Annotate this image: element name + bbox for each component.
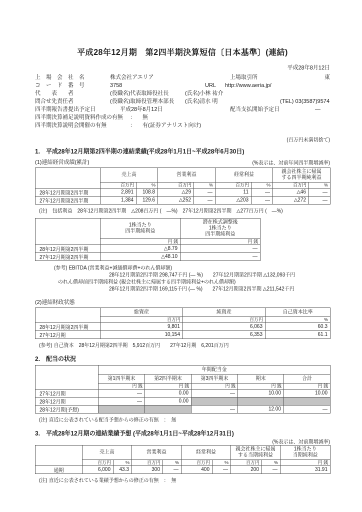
column-header: 1株当たり 当期純利益	[280, 445, 330, 460]
column-header: 経常利益	[181, 445, 231, 460]
report-date: 平成28年8月12日	[35, 64, 330, 72]
cell	[238, 397, 284, 405]
code-value: 3758	[110, 82, 205, 90]
cell: ―	[163, 466, 182, 474]
code-label: コ ー ド 番 号	[35, 82, 110, 90]
table-row: 28年12月期(予想) ― 12.00 ―	[35, 405, 330, 413]
sub1-pct-note: (%表示は、対前年同四半期増減率)	[252, 159, 330, 167]
stub-cell	[35, 218, 100, 245]
table-row: 27年12月期第2四半期 1,384 129.6 △252 ― △203 ― △…	[35, 196, 330, 204]
row-label: 通期	[35, 466, 82, 474]
cell: ―	[262, 466, 281, 474]
company-header-block: 上 場 会 社 名 株式会社アエリア 上場取引所 東 コ ー ド 番 号 375…	[35, 74, 330, 130]
table-header-row: 売上高 営業利益 経常利益 親会社株主に帰属 する当期純利益 1株当たり 当期純…	[35, 445, 330, 460]
supplement-separator: ：	[130, 114, 143, 122]
representative-label: 代 表 者	[35, 90, 110, 98]
row-label: 28年12月期(予想)	[35, 405, 98, 413]
annual-dividend-header: 年間配当金	[98, 365, 330, 374]
cell: ―	[309, 188, 331, 196]
cell: ―	[98, 397, 145, 405]
cell: ―	[98, 389, 145, 397]
cell: 0.00	[145, 389, 192, 397]
column-header: 合計	[284, 374, 331, 383]
column-header: 期末	[238, 374, 284, 383]
cell: ―	[194, 196, 216, 204]
supplement-label: 四半期決算補足説明資料作成の有無	[35, 114, 130, 122]
contact-name: (氏名)清水 明	[185, 98, 280, 106]
contact-title: (役職名)取締役管理本部長	[110, 98, 185, 106]
table-row: 27年12月期 ― 0.00 ― 10.00 10.00	[35, 389, 330, 397]
header-row-company: 上 場 会 社 名 株式会社アエリア 上場取引所 東	[35, 74, 330, 82]
column-header: 1株当たり 四半期純利益	[100, 218, 180, 239]
stub-cell	[35, 445, 82, 466]
cell: 11	[215, 188, 251, 196]
comprehensive-income-note: (注) 包括利益 28年12月期第2四半期 △208百万円 ( ―%) 27年1…	[39, 207, 330, 215]
column-header: 第2四半期末	[145, 374, 192, 383]
url-label: URL	[205, 82, 225, 90]
section1-heading: 1. 平成28年12月期第2四半期の連結業績(平成28年1月1日~平成28年6月…	[35, 147, 330, 156]
representative-name: (氏名)小林 祐介	[185, 90, 330, 98]
table-row: 28年12月期第2四半期 △8.79 ―	[35, 245, 260, 253]
table-row: 28年12月期第2四半期 2,891 108.8 △29 ― 11 ― △46 …	[35, 188, 330, 196]
exchange-value: 東	[325, 74, 331, 82]
equity-reference-note: (参考) 自己資本 28年12月期第2四半期 5,912百万円 27年12月期 …	[39, 341, 330, 349]
column-header: 売上高	[100, 168, 158, 183]
per-share-table: 1株当たり 四半期純利益 潜在株式調整後 1株当たり 四半期純利益 円 銭 円 …	[35, 218, 261, 261]
page-content: 平成28年12月期 第2四半期決算短信〔日本基準〕(連結) 平成28年8月12日…	[0, 0, 362, 484]
earnings-report-page: 平成28年12月期 第2四半期決算短信〔日本基準〕(連結) 平成28年8月12日…	[0, 0, 362, 512]
column-header: 純資産	[183, 308, 266, 317]
row-label: 27年12月期第2四半期	[35, 253, 100, 261]
table-row: 27年12月期第2四半期 △48.10 ―	[35, 253, 260, 261]
supplement-value: 無	[143, 114, 331, 122]
cell: 200	[231, 466, 262, 474]
cell: 10,154	[100, 331, 183, 339]
filing-label: 四半期報告書提出予定日	[35, 106, 120, 114]
table-header-row: 年間配当金	[35, 365, 330, 374]
header-row-supplement: 四半期決算補足説明資料作成の有無 ： 無	[35, 114, 330, 122]
cell: 61.1	[265, 331, 330, 339]
cell: ―	[251, 188, 273, 196]
column-header: 潜在株式調整後 1株当たり 四半期純利益	[180, 218, 260, 239]
ebitda-line2: 28年12月期第2四半期 298,747千円 (― %) 27年12月期第2四半…	[35, 272, 330, 279]
cell: 43.3	[113, 466, 132, 474]
header-row-briefing: 四半期決算説明会開催の有無 ： 有(証券アナリスト向け)	[35, 122, 330, 130]
cell: 10.00	[284, 389, 331, 397]
cell: ―	[194, 188, 216, 196]
table-header-row: 売上高 営業利益 経常利益 親会社株主に帰属 する四半期純利益	[35, 168, 330, 183]
dividend-forecast-note: (注) 直近に公表されている配当予想からの修正の有無 ： 無	[39, 416, 330, 424]
cell: △48.10	[100, 253, 180, 261]
cell: △29	[158, 188, 194, 196]
cell: ―	[309, 196, 331, 204]
column-header: 総資産	[100, 308, 183, 317]
cell	[98, 405, 145, 413]
section3-pct-note: (%表示は、対前期増減率)	[35, 438, 330, 446]
cell: 10.00	[238, 389, 284, 397]
dividend-start-label: 配当支払開始予定日	[230, 106, 315, 114]
cell: ―	[212, 466, 231, 474]
sub2-heading: (2)連結財政状態	[35, 298, 330, 306]
cell: 2,891	[100, 188, 136, 196]
header-row-code: コ ー ド 番 号 3758 URL http://www.aeria.jp/	[35, 82, 330, 90]
table-header-row: 1株当たり 四半期純利益 潜在株式調整後 1株当たり 四半期純利益	[35, 218, 260, 239]
cell	[145, 405, 192, 413]
section2-heading: 2. 配当の状況	[35, 355, 330, 364]
cell: △8.79	[100, 245, 180, 253]
consolidated-results-table: 売上高 営業利益 経常利益 親会社株主に帰属 する四半期純利益 百万円% 百万円…	[35, 168, 331, 205]
cell: 0.00	[145, 397, 192, 405]
cell: 31.91	[280, 466, 330, 474]
cell: 6,353	[183, 331, 266, 339]
cell: ―	[191, 389, 238, 397]
contact-label: 問合せ先責任者	[35, 98, 110, 106]
cell: ―	[284, 405, 331, 413]
column-header: 第3四半期末	[191, 374, 238, 383]
company-name: 株式会社アエリア	[110, 74, 230, 82]
cell: 300	[132, 466, 163, 474]
dividend-start-value: ―	[315, 106, 331, 114]
filing-date: 平成28年8月12日	[120, 106, 230, 114]
column-header: 営業利益	[158, 168, 216, 183]
row-label: 27年12月期	[35, 331, 100, 339]
ebitda-line1: (参考) EBITDA (営業利益+減価償却費+のれん償却額)	[35, 265, 330, 272]
cell: ―	[180, 245, 260, 253]
header-row-filing: 四半期報告書提出予定日 平成28年8月12日 配当支払開始予定日 ―	[35, 106, 330, 114]
cell: 9,801	[100, 323, 183, 331]
company-label: 上 場 会 社 名	[35, 74, 110, 82]
exchange-label: 上場取引所	[230, 74, 325, 82]
table-row: 28年12月期 ― 0.00	[35, 397, 330, 405]
document-viewport: 平成28年12月期 第2四半期決算短信〔日本基準〕(連結) 平成28年8月12日…	[0, 0, 362, 512]
cell: ―	[180, 253, 260, 261]
cell: 60.3	[265, 323, 330, 331]
representative-title: (役職名)代表取締役社長	[110, 90, 185, 98]
contact-tel: (TEL) 03(3587)9574	[280, 98, 330, 106]
financial-position-table: 総資産 純資産 自己資本比率 百万円 百万円 % 28年12月期第2四半期 9,…	[35, 308, 331, 340]
row-label: 28年12月期	[35, 397, 98, 405]
ebitda-reference-block: (参考) EBITDA (営業利益+減価償却費+のれん償却額) 28年12月期第…	[35, 265, 330, 293]
column-header: 親会社株主に帰属 する当期純利益	[231, 445, 281, 460]
table-row: 27年12月期 10,154 6,353 61.1	[35, 331, 330, 339]
column-header: 第1四半期末	[98, 374, 145, 383]
earnings-forecast-table: 売上高 営業利益 経常利益 親会社株主に帰属 する当期純利益 1株当たり 当期純…	[35, 445, 331, 474]
table-row: 28年12月期第2四半期 9,801 6,063 60.3	[35, 323, 330, 331]
column-header: 自己資本比率	[265, 308, 330, 317]
url-value: http://www.aeria.jp/	[225, 82, 330, 90]
cell	[191, 397, 238, 405]
column-header: 親会社株主に帰属 する四半期純利益	[273, 168, 331, 183]
header-row-representative: 代 表 者 (役職名)代表取締役社長 (氏名)小林 祐介	[35, 90, 330, 98]
row-label: 27年12月期第2四半期	[35, 196, 100, 204]
briefing-separator: ：	[130, 122, 143, 130]
briefing-value: 有(証券アナリスト向け)	[143, 122, 331, 130]
cell: △252	[158, 196, 194, 204]
dividends-table: 年間配当金 第1四半期末 第2四半期末 第3四半期末 期末 合計 円 銭 円 銭…	[35, 365, 331, 414]
cell	[284, 397, 331, 405]
table-row: 通期 6,000 43.3 300 ― 400 ― 200 ― 31.91	[35, 466, 330, 474]
cell: △46	[273, 188, 309, 196]
cell: △203	[215, 196, 251, 204]
rounding-note: (百万円未満切捨て)	[35, 136, 330, 144]
cell: 400	[181, 466, 212, 474]
cell: ―	[191, 405, 238, 413]
stub-cell	[35, 308, 100, 323]
cell: 12.00	[238, 405, 284, 413]
cell: 6,063	[183, 323, 266, 331]
row-label: 27年12月期	[35, 389, 98, 397]
forecast-revision-note: (注) 直近に公表されている業績予想からの修正の有無 ： 無	[39, 476, 330, 484]
column-header: 経常利益	[215, 168, 273, 183]
ebitda-line3: のれん償却前四半期純利益 (親会社株主に帰属する四半期純利益+のれん償却額)	[35, 279, 330, 286]
ebitda-line4: 28年12月期第2四半期 169,115千円 (― %) 27年12月期第2四半…	[35, 286, 330, 293]
cell: 6,000	[82, 466, 113, 474]
cell: 1,384	[100, 196, 136, 204]
column-header: 売上高	[82, 445, 132, 460]
section3-heading: 3. 平成28年12月期の連結業績予想 (平成28年1月1日~平成28年12月3…	[35, 429, 330, 438]
stub-cell	[35, 168, 100, 189]
header-row-contact: 問合せ先責任者 (役職名)取締役管理本部長 (氏名)清水 明 (TEL) 03(…	[35, 98, 330, 106]
stub-cell	[35, 365, 98, 389]
table-header-row: 総資産 純資産 自己資本比率	[35, 308, 330, 317]
row-label: 28年12月期第2四半期	[35, 245, 100, 253]
cell: △272	[273, 196, 309, 204]
page-title: 平成28年12月期 第2四半期決算短信〔日本基準〕(連結)	[35, 46, 330, 58]
row-label: 28年12月期第2四半期	[35, 188, 100, 196]
cell: 129.6	[136, 196, 158, 204]
section1-sub1-row: (1)連結経営成績(累計) (%表示は、対前年同四半期増減率)	[35, 158, 330, 166]
column-header: 営業利益	[132, 445, 182, 460]
row-label: 28年12月期第2四半期	[35, 323, 100, 331]
briefing-label: 四半期決算説明会開催の有無	[35, 122, 130, 130]
cell: 108.8	[136, 188, 158, 196]
cell: ―	[251, 196, 273, 204]
sub1-heading: (1)連結経営成績(累計)	[35, 158, 89, 166]
